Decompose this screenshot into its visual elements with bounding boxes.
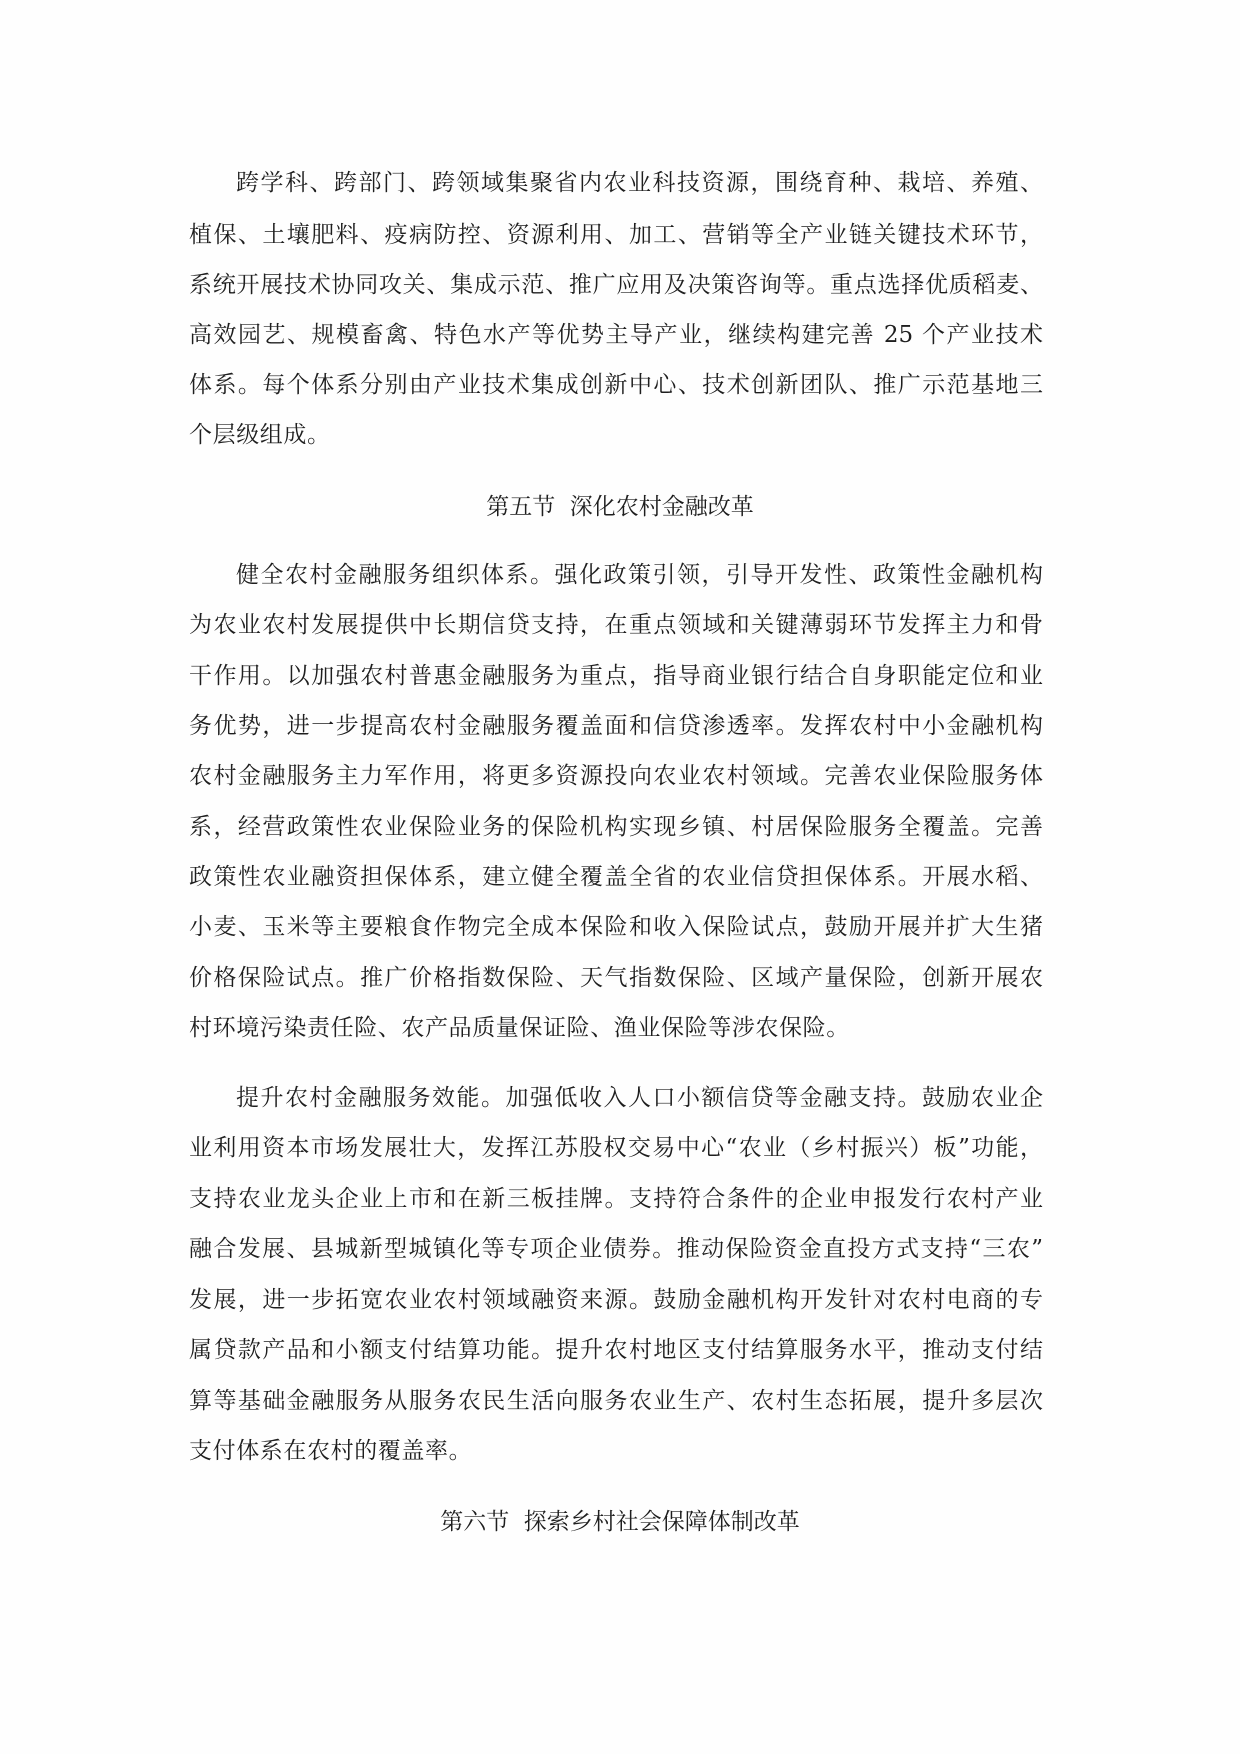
document-page: 跨学科、跨部门、跨领域集聚省内农业科技资源，围绕育种、栽培、养殖、 植保、土壤肥… — [0, 0, 1240, 1754]
paragraph-line: 支付体系在农村的覆盖率。 — [189, 1436, 1043, 1466]
paragraph-line: 小麦、玉米等主要粮食作物完全成本保险和收入保险试点，鼓励开展并扩大生猪 — [189, 912, 1043, 942]
paragraph-line: 发展，进一步拓宽农业农村领域融资来源。鼓励金融机构开发针对农村电商的专 — [189, 1285, 1043, 1315]
section-heading-5: 第五节 深化农村金融改革 — [0, 491, 1240, 523]
paragraph-line: 跨学科、跨部门、跨领域集聚省内农业科技资源，围绕育种、栽培、养殖、 — [236, 168, 1043, 198]
paragraph-line: 体系。每个体系分别由产业技术集成创新中心、技术创新团队、推广示范基地三 — [189, 370, 1043, 400]
paragraph-line: 属贷款产品和小额支付结算功能。提升农村地区支付结算服务水平，推动支付结 — [189, 1335, 1043, 1365]
paragraph-line: 务优势，进一步提高农村金融服务覆盖面和信贷渗透率。发挥农村中小金融机构 — [189, 711, 1043, 741]
paragraph-line: 村环境污染责任险、农产品质量保证险、渔业保险等涉农保险。 — [189, 1013, 1043, 1043]
paragraph-line: 价格保险试点。推广价格指数保险、天气指数保险、区域产量保险，创新开展农 — [189, 963, 1043, 993]
paragraph-line: 业利用资本市场发展壮大，发挥江苏股权交易中心“农业（乡村振兴）板”功能， — [189, 1133, 1043, 1163]
paragraph-line: 农村金融服务主力军作用，将更多资源投向农业农村领域。完善农业保险服务体 — [189, 761, 1043, 791]
paragraph-line: 系统开展技术协同攻关、集成示范、推广应用及决策咨询等。重点选择优质稻麦、 — [189, 270, 1043, 300]
paragraph-line: 支持农业龙头企业上市和在新三板挂牌。支持符合条件的企业申报发行农村产业 — [189, 1184, 1043, 1214]
paragraph-line: 政策性农业融资担保体系，建立健全覆盖全省的农业信贷担保体系。开展水稻、 — [189, 862, 1043, 892]
paragraph-line: 系，经营政策性农业保险业务的保险机构实现乡镇、村居保险服务全覆盖。完善 — [189, 812, 1043, 842]
section-heading-6: 第六节 探索乡村社会保障体制改革 — [0, 1506, 1240, 1538]
paragraph-line: 算等基础金融服务从服务农民生活向服务农业生产、农村生态拓展，提升多层次 — [189, 1386, 1043, 1416]
paragraph-line: 为农业农村发展提供中长期信贷支持，在重点领域和关键薄弱环节发挥主力和骨 — [189, 610, 1043, 640]
paragraph-line: 高效园艺、规模畜禽、特色水产等优势主导产业，继续构建完善 25 个产业技术 — [189, 320, 1043, 350]
paragraph-line: 提升农村金融服务效能。加强低收入人口小额信贷等金融支持。鼓励农业企 — [236, 1083, 1043, 1113]
paragraph-line: 融合发展、县城新型城镇化等专项企业债券。推动保险资金直投方式支持“三农” — [189, 1234, 1043, 1264]
paragraph-line: 个层级组成。 — [189, 420, 1043, 450]
paragraph-line: 植保、土壤肥料、疫病防控、资源利用、加工、营销等全产业链关键技术环节， — [189, 220, 1043, 250]
paragraph-line: 健全农村金融服务组织体系。强化政策引领，引导开发性、政策性金融机构 — [236, 560, 1043, 590]
paragraph-line: 干作用。以加强农村普惠金融服务为重点，指导商业银行结合自身职能定位和业 — [189, 661, 1043, 691]
